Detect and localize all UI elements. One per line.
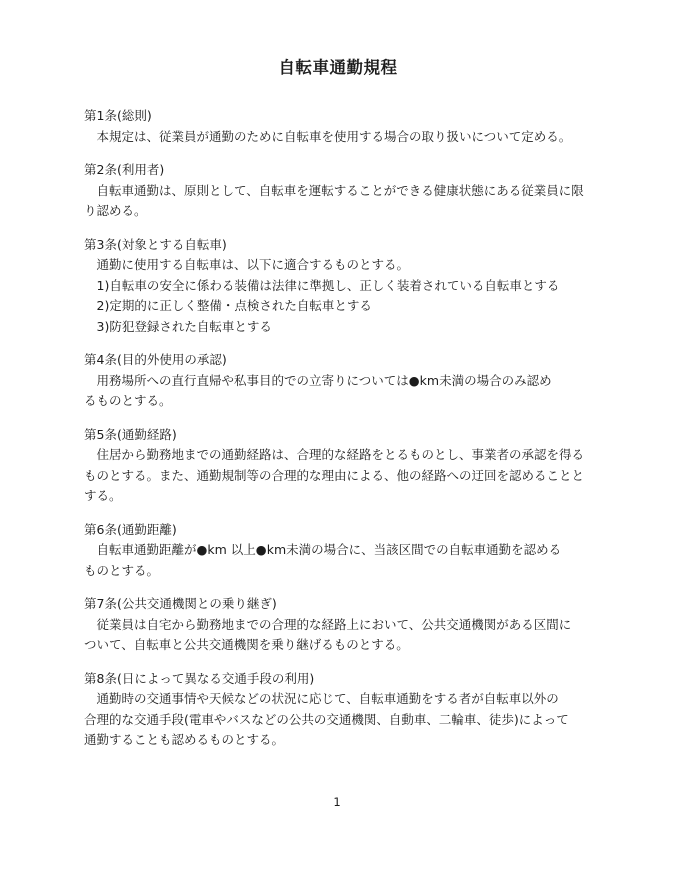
document-content: 自転車通勤規程 第1条(総則)本規定は、従業員が通勤のために自転車を使用する場合… — [84, 0, 592, 751]
article: 第5条(通勤経路)住居から勤務地までの通勤経路は、合理的な経路をとるものとし、事… — [84, 425, 592, 507]
article-line: 本規定は、従業員が通勤のために自転車を使用する場合の取り扱いについて定める。 — [84, 127, 592, 148]
article: 第2条(利用者)自転車通勤は、原則として、自転車を運転することができる健康状態に… — [84, 160, 592, 222]
article: 第8条(日によって異なる交通手段の利用)通勤時の交通事情や天候などの状況に応じて… — [84, 669, 592, 751]
article-line: 1)自転車の安全に係わる装備は法律に準拠し、正しく装着されている自転車とする — [84, 276, 592, 297]
article-line: 通勤に使用する自転車は、以下に適合するものとする。 — [84, 255, 592, 276]
article-line: 従業員は自宅から勤務地までの合理的な経路上において、公共交通機関がある区間に — [84, 615, 592, 636]
article: 第4条(目的外使用の承認)用務場所への直行直帰や私事目的での立寄りについては●k… — [84, 350, 592, 412]
article: 第7条(公共交通機関との乗り継ぎ)従業員は自宅から勤務地までの合理的な経路上にお… — [84, 594, 592, 656]
article: 第1条(総則)本規定は、従業員が通勤のために自転車を使用する場合の取り扱いについ… — [84, 106, 592, 147]
article-heading: 第3条(対象とする自転車) — [84, 235, 592, 256]
article-line: るものとする。 — [84, 391, 592, 412]
article-heading: 第5条(通勤経路) — [84, 425, 592, 446]
article-line: 通勤することも認めるものとする。 — [84, 730, 592, 751]
article-line: 3)防犯登録された自転車とする — [84, 317, 592, 338]
article-line: 自転車通勤は、原則として、自転車を運転することができる健康状態にある従業員に限 — [84, 181, 592, 202]
article-heading: 第6条(通勤距離) — [84, 520, 592, 541]
article-line: する。 — [84, 486, 592, 507]
article-line: り認める。 — [84, 201, 592, 222]
article-line: ものとする。 — [84, 561, 592, 582]
article-line: 用務場所への直行直帰や私事目的での立寄りについては●km未満の場合のみ認め — [84, 371, 592, 392]
article-line: ついて、自転車と公共交通機関を乗り継げるものとする。 — [84, 635, 592, 656]
article-line: 住居から勤務地までの通勤経路は、合理的な経路をとるものとし、事業者の承認を得る — [84, 445, 592, 466]
article: 第6条(通勤距離)自転車通勤距離が●km 以上●km未満の場合に、当該区間での自… — [84, 520, 592, 582]
page-number: 1 — [0, 794, 674, 810]
document-title: 自転車通勤規程 — [84, 56, 592, 80]
article-heading: 第2条(利用者) — [84, 160, 592, 181]
article-heading: 第1条(総則) — [84, 106, 592, 127]
article-line: 通勤時の交通事情や天候などの状況に応じて、自転車通勤をする者が自転車以外の — [84, 689, 592, 710]
article-line: 合理的な交通手段(電車やバスなどの公共の交通機関、自動車、二輪車、徒歩)によって — [84, 710, 592, 731]
article-heading: 第4条(目的外使用の承認) — [84, 350, 592, 371]
article: 第3条(対象とする自転車)通勤に使用する自転車は、以下に適合するものとする。1)… — [84, 235, 592, 338]
article-heading: 第7条(公共交通機関との乗り継ぎ) — [84, 594, 592, 615]
document-page: 自転車通勤規程 第1条(総則)本規定は、従業員が通勤のために自転車を使用する場合… — [0, 0, 674, 883]
article-line: ものとする。また、通勤規制等の合理的な理由による、他の経路への迂回を認めることと — [84, 466, 592, 487]
article-line: 2)定期的に正しく整備・点検された自転車とする — [84, 296, 592, 317]
article-heading: 第8条(日によって異なる交通手段の利用) — [84, 669, 592, 690]
articles-container: 第1条(総則)本規定は、従業員が通勤のために自転車を使用する場合の取り扱いについ… — [84, 106, 592, 751]
article-line: 自転車通勤距離が●km 以上●km未満の場合に、当該区間での自転車通勤を認める — [84, 540, 592, 561]
